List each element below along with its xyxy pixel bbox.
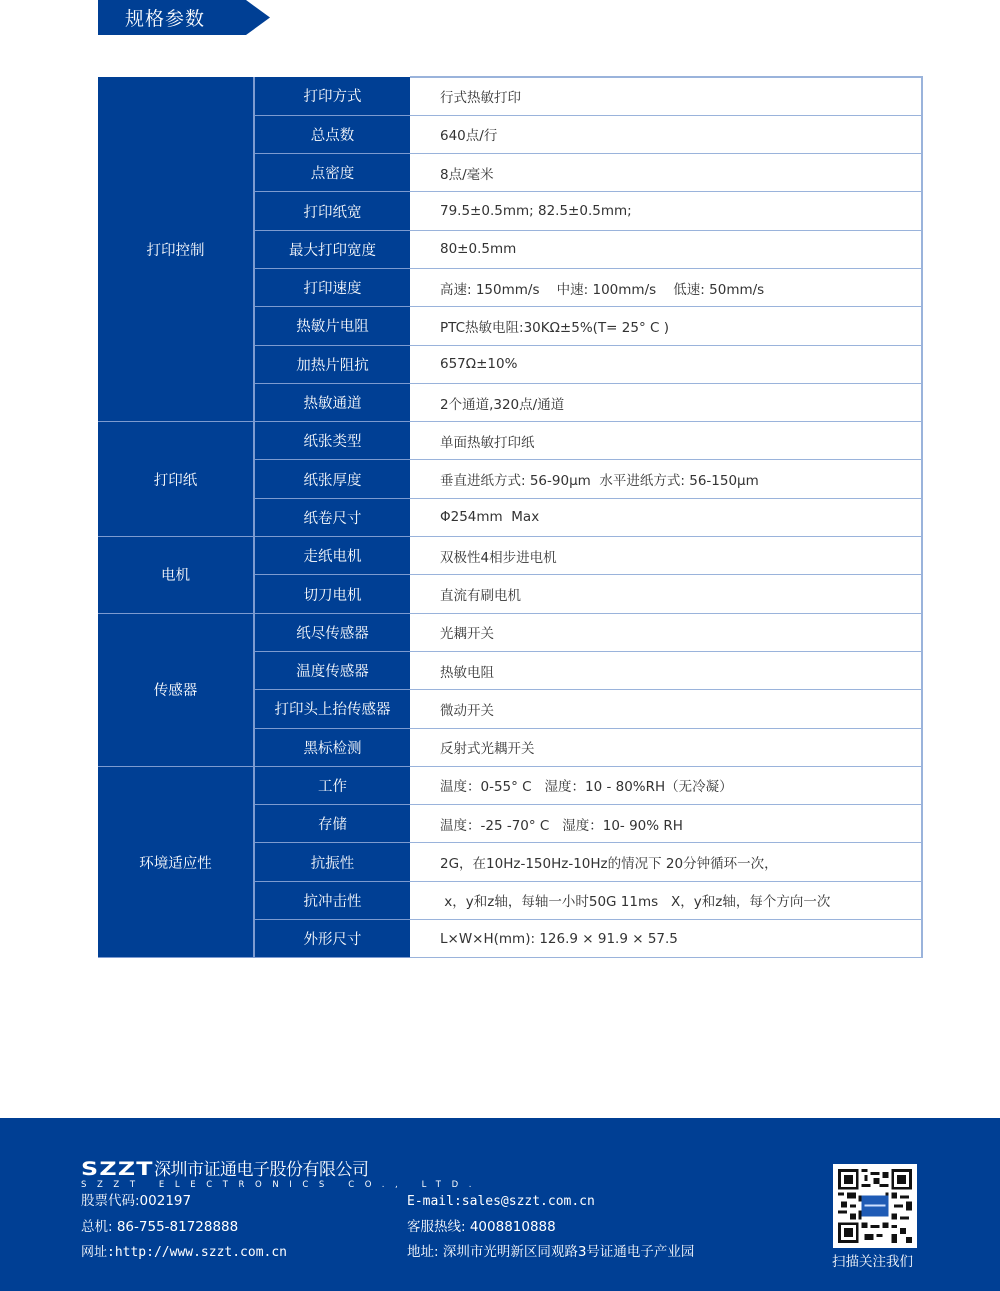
- qr-code: [833, 1164, 917, 1248]
- website-link[interactable]: 网址:http://www.szzt.com.cn: [81, 1240, 287, 1266]
- param-value: 温度：0-55° C 湿度：10 - 80%RH（无冷凝）: [410, 766, 922, 804]
- hotline: 客服热线: 4008810888: [407, 1215, 694, 1241]
- param-label: 抗冲击性: [254, 881, 410, 919]
- param-value: 直流有刷电机: [410, 575, 922, 613]
- param-label: 纸张类型: [254, 422, 410, 460]
- param-label: 工作: [254, 766, 410, 804]
- table-row: 电机 走纸电机 双极性4相步进电机: [98, 537, 922, 575]
- company-logo: SZZT 深圳市证通电子股份有限公司 SZZT ELECTRONICS CO.,…: [81, 1155, 482, 1190]
- param-label: 黑标检测: [254, 728, 410, 766]
- param-label: 打印方式: [254, 77, 410, 115]
- param-label: 走纸电机: [254, 537, 410, 575]
- email-link[interactable]: E-mail:sales@szzt.com.cn: [407, 1189, 694, 1215]
- company-name: 深圳市证通电子股份有限公司: [154, 1155, 369, 1180]
- param-label: 加热片阻抗: [254, 345, 410, 383]
- param-value: 温度：-25 -70° C 湿度：10- 90% RH: [410, 805, 922, 843]
- param-value: 垂直进纸方式: 56-90μm 水平进纸方式: 56-150μm: [410, 460, 922, 498]
- param-label: 抗振性: [254, 843, 410, 881]
- group-label: 打印纸: [98, 422, 254, 537]
- table-row: 打印控制 打印方式 行式热敏打印: [98, 77, 922, 115]
- group-label: 环境适应性: [98, 766, 254, 957]
- brand-mark: SZZT: [81, 1158, 172, 1180]
- address: 地址: 深圳市光明新区同观路3号证通电子产业园: [407, 1240, 694, 1266]
- param-label: 外形尺寸: [254, 920, 410, 958]
- param-value: 光耦开关: [410, 613, 922, 651]
- table-row: 环境适应性 工作 温度：0-55° C 湿度：10 - 80%RH（无冷凝）: [98, 766, 922, 804]
- phone-number: 总机: 86-755-81728888: [81, 1215, 287, 1241]
- param-label: 热敏通道: [254, 383, 410, 421]
- param-label: 切刀电机: [254, 575, 410, 613]
- param-value: Φ254mm Max: [410, 498, 922, 536]
- param-value: PTC热敏电阻:30KΩ±5%(T= 25° C ): [410, 307, 922, 345]
- param-value: 行式热敏打印: [410, 77, 922, 115]
- param-label: 打印头上抬传感器: [254, 690, 410, 728]
- param-label: 纸张厚度: [254, 460, 410, 498]
- param-label: 打印纸宽: [254, 192, 410, 230]
- param-value: 微动开关: [410, 690, 922, 728]
- group-label: 传感器: [98, 613, 254, 766]
- param-label: 点密度: [254, 154, 410, 192]
- param-label: 存储: [254, 805, 410, 843]
- stock-code: 股票代码:002197: [81, 1189, 287, 1215]
- param-value: 8点/毫米: [410, 154, 922, 192]
- param-label: 纸卷尺寸: [254, 498, 410, 536]
- qr-code-icon: [838, 1169, 912, 1243]
- param-value: 657Ω±10%: [410, 345, 922, 383]
- table-row: 打印纸 纸张类型 单面热敏打印纸: [98, 422, 922, 460]
- param-label: 总点数: [254, 115, 410, 153]
- table-row: 传感器 纸尽传感器 光耦开关: [98, 613, 922, 651]
- group-label: 电机: [98, 537, 254, 614]
- param-value: 反射式光耦开关: [410, 728, 922, 766]
- section-title-banner: 规格参数: [98, 0, 270, 35]
- spec-table: 打印控制 打印方式 行式热敏打印 总点数 640点/行 点密度 8点/毫米 打印…: [98, 76, 923, 958]
- param-value: 2个通道,320点/通道: [410, 383, 922, 421]
- param-value: 双极性4相步进电机: [410, 537, 922, 575]
- qr-caption: 扫描关注我们: [832, 1250, 913, 1270]
- param-value: x，y和z轴，每轴一小时50G 11ms X，y和z轴，每个方向一次: [410, 881, 922, 919]
- param-label: 热敏片电阻: [254, 307, 410, 345]
- param-value: 79.5±0.5mm; 82.5±0.5mm;: [410, 192, 922, 230]
- param-value: 640点/行: [410, 115, 922, 153]
- contact-right: E-mail:sales@szzt.com.cn 客服热线: 400881088…: [407, 1189, 694, 1266]
- footer: SZZT 深圳市证通电子股份有限公司 SZZT ELECTRONICS CO.,…: [0, 1118, 1000, 1291]
- contact-left: 股票代码:002197 总机: 86-755-81728888 网址:http:…: [81, 1189, 287, 1266]
- param-label: 纸尽传感器: [254, 613, 410, 651]
- param-value: 2G，在10Hz-150Hz-10Hz的情况下 20分钟循环一次，: [410, 843, 922, 881]
- section-title: 规格参数: [98, 4, 205, 31]
- param-value: 高速: 150mm/s 中速: 100mm/s 低速: 50mm/s: [410, 268, 922, 306]
- param-label: 温度传感器: [254, 651, 410, 689]
- param-value: L×W×H(mm): 126.9 × 91.9 × 57.5: [410, 920, 922, 958]
- param-label: 最大打印宽度: [254, 230, 410, 268]
- param-value: 80±0.5mm: [410, 230, 922, 268]
- param-value: 热敏电阻: [410, 651, 922, 689]
- group-label: 打印控制: [98, 77, 254, 422]
- param-label: 打印速度: [254, 268, 410, 306]
- param-value: 单面热敏打印纸: [410, 422, 922, 460]
